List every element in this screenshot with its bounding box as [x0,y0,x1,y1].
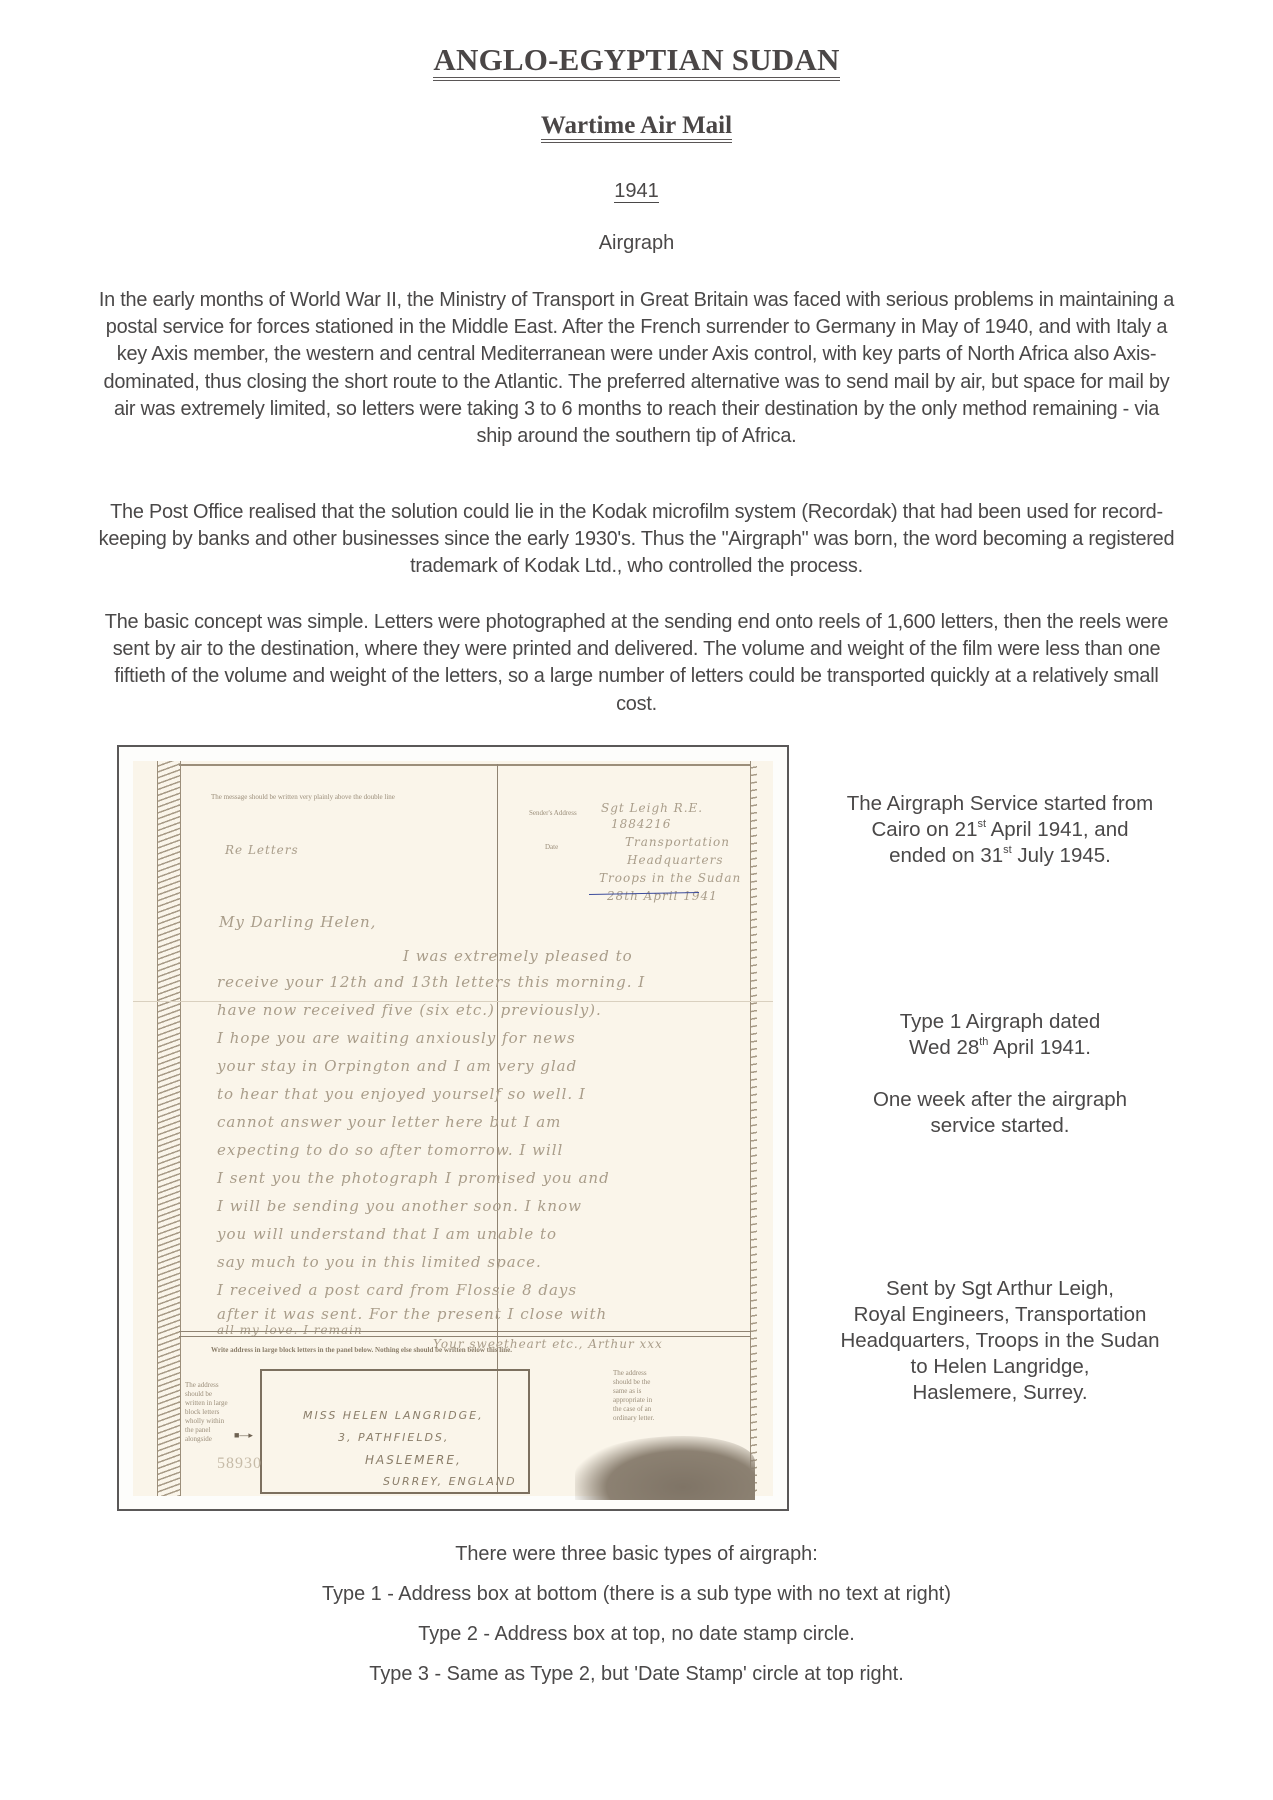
handwritten-sender: Transportation [625,835,730,849]
handwritten-line: expecting to do so after tomorrow. I wil… [217,1141,563,1159]
handwritten-salutation: My Darling Helen, [219,913,376,931]
page-title: ANGLO-EGYPTIAN SUDAN [0,42,1273,81]
note-line: Haslemere, Surrey. [800,1380,1200,1406]
serial-number: 58930 [217,1455,262,1473]
right-side-note: The address should be the same as is app… [613,1369,659,1423]
top-rule [179,764,751,766]
note-text: April 1941. [988,1036,1091,1059]
hatched-border-left [157,761,181,1496]
type-item-2: Type 2 - Address box at top, no date sta… [19,1622,1254,1646]
intro-paragraph-1: In the early months of World War II, the… [97,286,1177,449]
note-line: service started. [800,1113,1200,1139]
double-line [179,1331,751,1337]
address-line: HASLEMERE, [365,1453,462,1467]
address-line: MISS HELEN LANGRIDGE, [303,1409,484,1422]
airgraph-type-note: Type 1 Airgraph dated Wed 28th April 194… [800,1009,1200,1061]
address-line: 3, PATHFIELDS, [338,1431,449,1444]
address-line: SURREY, ENGLAND [383,1475,517,1488]
airgraph-sheet: The message should be written very plain… [133,761,773,1496]
note-line: Cairo on 21st April 1941, and [800,817,1200,843]
handwritten-line: I sent you the photograph I promised you… [217,1169,610,1187]
page-subtitle: Wartime Air Mail [0,112,1273,143]
handwritten-line: I will be sending you another soon. I kn… [217,1197,582,1215]
note-text: Wed 28 [909,1036,979,1059]
handwritten-line: I hope you are waiting anxiously for new… [217,1029,576,1047]
handwritten-line: have now received five (six etc.) previo… [217,1001,602,1019]
note-text: ended on 31 [889,844,1003,867]
handwritten-line: to hear that you enjoyed yourself so wel… [217,1085,586,1103]
note-line: Sent by Sgt Arthur Leigh, [800,1276,1200,1302]
handwritten-line: I was extremely pleased to [403,947,633,965]
handwritten-line: after it was sent. For the present I clo… [217,1305,607,1323]
date-label: Date [545,843,558,851]
intro-paragraph-2: The Post Office realised that the soluti… [97,498,1177,580]
arrow-right-icon: ■—▸ [234,1430,253,1441]
handwritten-line: I received a post card from Flossie 8 da… [217,1281,577,1299]
note-line: Royal Engineers, Transportation [800,1302,1200,1328]
intro-paragraph-3: The basic concept was simple. Letters we… [97,608,1177,717]
printed-instruction-top: The message should be written very plain… [211,793,395,801]
airgraph-image: The message should be written very plain… [117,745,789,1511]
service-dates-note: The Airgraph Service started from Cairo … [800,791,1200,869]
ordinal-suffix: st [1003,844,1012,856]
one-week-note: One week after the airgraph service star… [800,1087,1200,1139]
handwritten-sender: Headquarters [627,853,724,867]
handwritten-line: your stay in Orpington and I am very gla… [217,1057,577,1075]
note-line: Wed 28th April 1941. [800,1035,1200,1061]
note-line: to Helen Langridge, [800,1354,1200,1380]
handwritten-line: say much to you in this limited space. [217,1253,542,1271]
senders-address-label: Sender's Address [529,809,577,817]
hatched-border-right [750,761,757,1496]
year-heading: 1941 [0,180,1273,203]
note-line: Type 1 Airgraph dated [800,1009,1200,1035]
printed-instruction-bottom: Write address in large block letters in … [211,1346,512,1354]
handwritten-sender: Sgt Leigh R.E. [601,801,703,815]
note-line: Headquarters, Troops in the Sudan [800,1328,1200,1354]
handwritten-sender: Troops in the Sudan [599,871,741,885]
note-text: July 1945. [1012,844,1111,867]
handwritten-date: 28th April 1941 [607,889,718,903]
note-text: Cairo on 21 [871,818,977,841]
handwritten-line: cannot answer your letter here but I am [217,1113,561,1131]
handwritten-line: receive your 12th and 13th letters this … [217,973,645,991]
left-side-note: The address should be written in large b… [185,1381,230,1444]
type-item-3: Type 3 - Same as Type 2, but 'Date Stamp… [19,1662,1254,1686]
handwritten-sender: 1884216 [611,817,671,831]
sender-note: Sent by Sgt Arthur Leigh, Royal Engineer… [800,1276,1200,1406]
handwritten-line: you will understand that I am unable to [217,1225,557,1243]
note-line: ended on 31st July 1945. [800,843,1200,869]
note-text: April 1941, and [986,818,1128,841]
type-item-1: Type 1 - Address box at bottom (there is… [19,1582,1254,1606]
ordinal-suffix: st [977,818,986,830]
section-heading: Airgraph [0,232,1273,255]
handwritten-ref: Re Letters [225,843,299,857]
note-line: The Airgraph Service started from [800,791,1200,817]
note-line: One week after the airgraph [800,1087,1200,1113]
stain-mark [575,1436,755,1500]
types-intro: There were three basic types of airgraph… [19,1542,1254,1566]
